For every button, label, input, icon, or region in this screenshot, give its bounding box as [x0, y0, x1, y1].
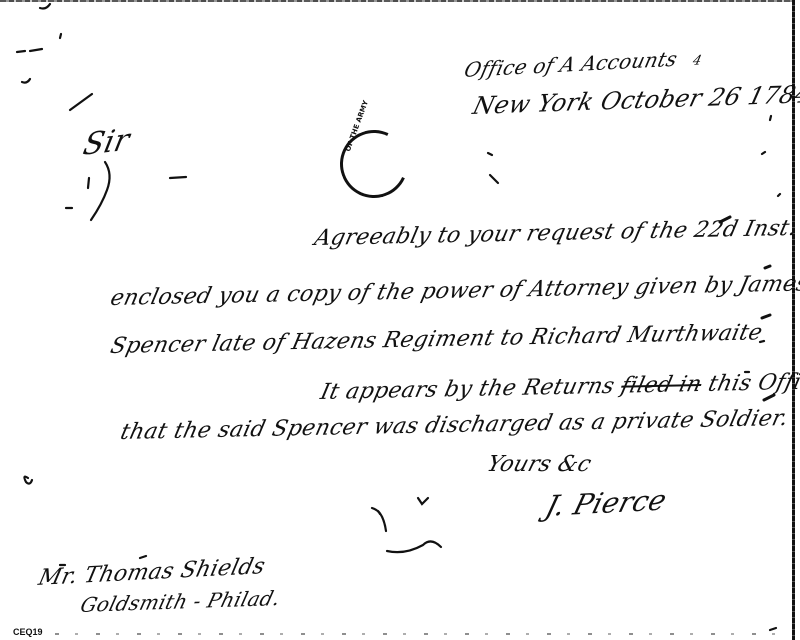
struck-through-text: filed in — [619, 372, 705, 399]
scan-edge-bottom — [55, 633, 790, 635]
scanned-letter-page: Office of A Accounts 4 New York October … — [0, 0, 800, 640]
catalog-id: CEQ19 — [13, 627, 43, 637]
salutation: Sir — [80, 122, 133, 163]
signature: J. Pierce — [542, 483, 670, 523]
body-line-4-end: this Office — [706, 369, 800, 397]
closing: Yours &c — [484, 452, 594, 477]
